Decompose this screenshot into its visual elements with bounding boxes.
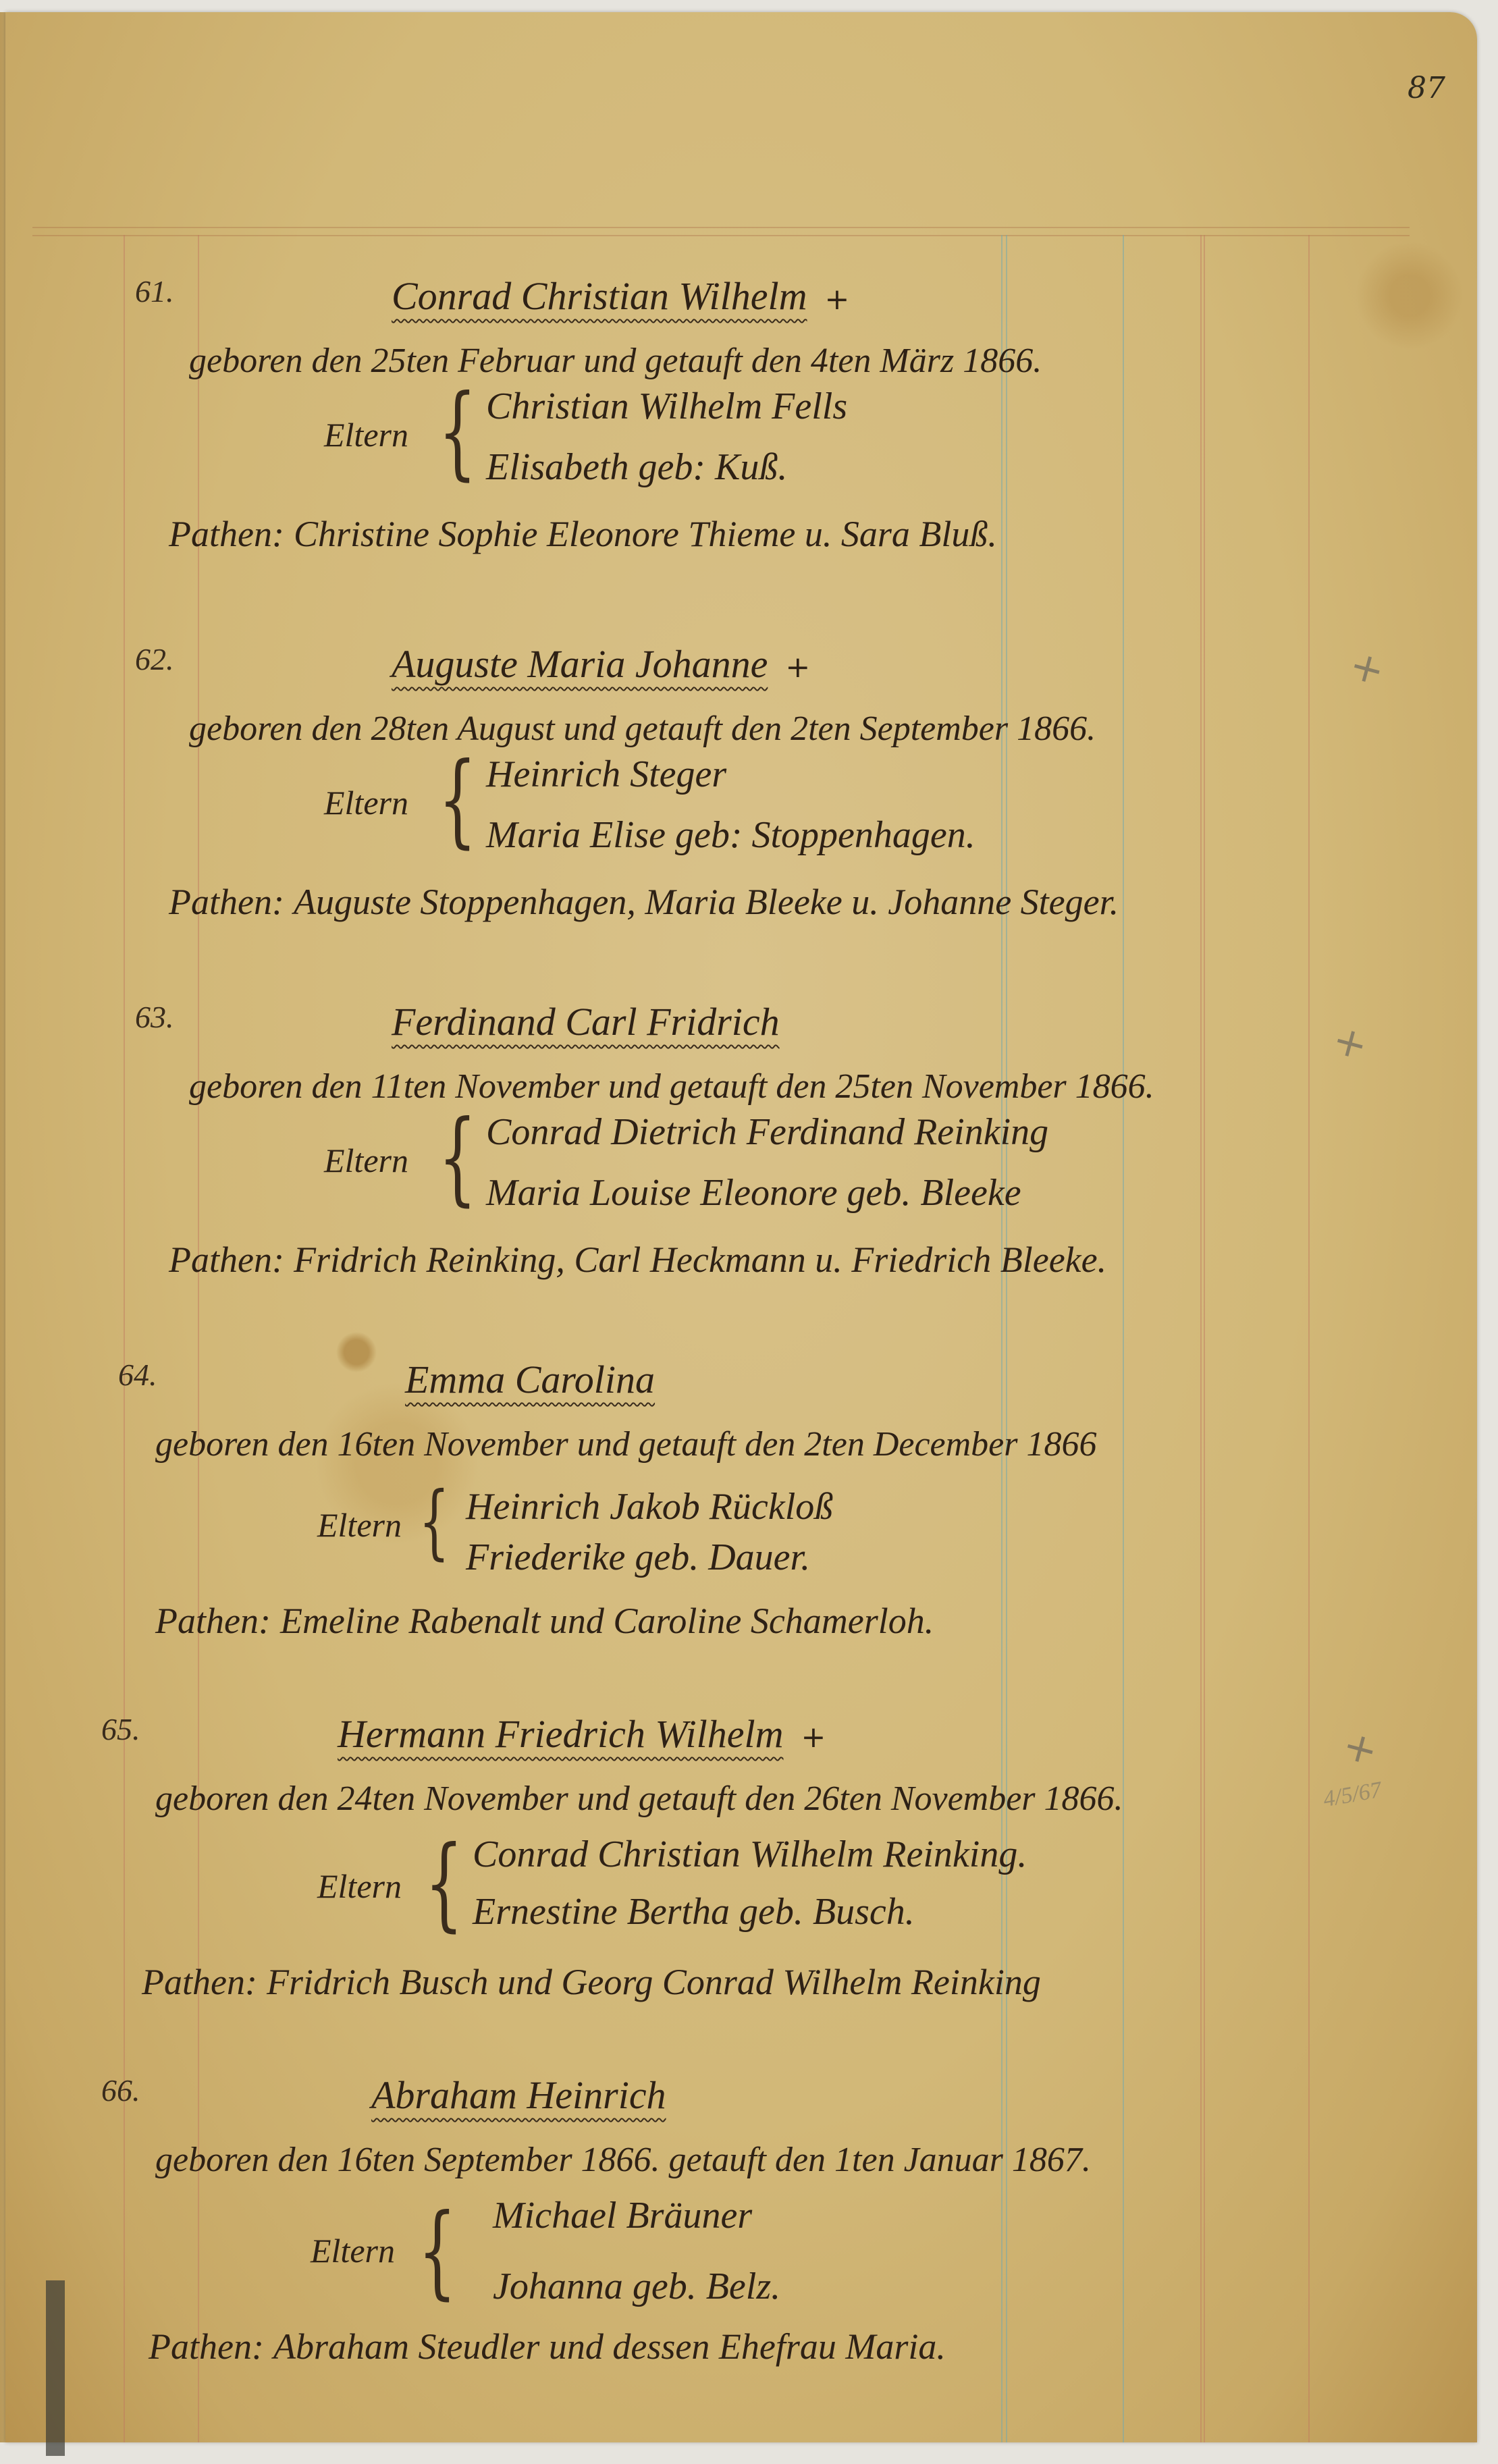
- entry-number: 66.: [101, 2072, 140, 2108]
- sponsors-line: Pathen:Abraham Steudler und dessen Ehefr…: [149, 2326, 946, 2367]
- parents-label: Eltern: [324, 415, 408, 454]
- header-rule: [32, 227, 1410, 228]
- sponsors-label: Pathen:: [149, 2326, 264, 2367]
- margin-rule: [124, 235, 125, 2442]
- entry-number: 63.: [135, 999, 174, 1035]
- mother-name: Ernestine Bertha geb. Busch.: [473, 1890, 915, 1933]
- father-name: Christian Wilhelm Fells: [486, 385, 847, 428]
- birth-baptism-line: geboren den 25ten Februar und getauft de…: [189, 341, 1042, 381]
- sponsors-label: Pathen:: [155, 1601, 271, 1641]
- cross-icon: +: [785, 650, 810, 685]
- father-name: Conrad Dietrich Ferdinand Reinking: [486, 1110, 1048, 1154]
- cross-icon: +: [801, 1720, 826, 1755]
- father-name: Heinrich Jakob Rückloß: [466, 1485, 833, 1528]
- entry-number: 61.: [135, 273, 174, 309]
- sponsors-names: Auguste Stoppenhagen, Maria Bleeke u. Jo…: [294, 882, 1119, 922]
- binding-tape: [46, 2280, 65, 2456]
- birth-baptism-line: geboren den 16ten September 1866. getauf…: [155, 2140, 1091, 2180]
- parents-label: Eltern: [317, 1505, 402, 1545]
- brace-icon: {: [418, 2201, 456, 2302]
- sponsors-names: Abraham Steudler und dessen Ehefrau Mari…: [273, 2326, 946, 2367]
- birth-baptism-line: geboren den 16ten November und getauft d…: [155, 1424, 1096, 1464]
- sponsors-line: Pathen:Emeline Rabenalt und Caroline Sch…: [155, 1600, 934, 1642]
- sponsors-names: Emeline Rabenalt und Caroline Schamerloh…: [280, 1601, 934, 1641]
- column-rule: [1204, 235, 1205, 2442]
- sponsors-label: Pathen:: [169, 514, 284, 554]
- parents-label: Eltern: [324, 783, 408, 822]
- parents-label: Eltern: [324, 1141, 408, 1180]
- header-rule: [32, 235, 1410, 236]
- column-rule: [1123, 235, 1124, 2442]
- column-rule: [1308, 235, 1310, 2442]
- sponsors-line: Pathen:Auguste Stoppenhagen, Maria Bleek…: [169, 881, 1119, 923]
- child-name: Abraham Heinrich: [371, 2072, 684, 2118]
- sponsors-line: Pathen:Fridrich Busch und Georg Conrad W…: [142, 1961, 1041, 2003]
- father-name: Michael Bräuner: [493, 2194, 752, 2237]
- birth-baptism-line: geboren den 24ten November und getauft d…: [155, 1779, 1123, 1819]
- column-rule: [1006, 235, 1007, 2442]
- parents-label: Eltern: [317, 1867, 402, 1906]
- mother-name: Elisabeth geb: Kuß.: [486, 446, 787, 489]
- brace-icon: {: [438, 749, 477, 851]
- entry-number: 65.: [101, 1711, 140, 1747]
- margin-rule: [198, 235, 199, 2442]
- birth-baptism-line: geboren den 28ten August und getauft den…: [189, 709, 1096, 749]
- father-name: Conrad Christian Wilhelm Reinking.: [473, 1833, 1027, 1876]
- child-name-text: Hermann Friedrich Wilhelm: [338, 1712, 783, 1756]
- cross-icon: +: [825, 282, 850, 317]
- sponsors-line: Pathen:Fridrich Reinking, Carl Heckmann …: [169, 1239, 1106, 1281]
- child-name-text: Conrad Christian Wilhelm: [392, 274, 807, 318]
- child-name-text: Abraham Heinrich: [371, 2073, 666, 2117]
- brace-icon: {: [425, 1833, 463, 1934]
- column-rule: [1200, 235, 1202, 2442]
- mother-name: Maria Elise geb: Stoppenhagen.: [486, 813, 975, 857]
- sponsors-line: Pathen:Christine Sophie Eleonore Thieme …: [169, 513, 997, 555]
- page-number: 87: [1408, 71, 1445, 105]
- sponsors-label: Pathen:: [169, 882, 284, 922]
- father-name: Heinrich Steger: [486, 753, 726, 796]
- entry-number: 64.: [118, 1357, 157, 1393]
- child-name: Auguste Maria Johanne+: [392, 641, 810, 687]
- sponsors-names: Fridrich Busch und Georg Conrad Wilhelm …: [267, 1962, 1041, 2002]
- child-name-text: Auguste Maria Johanne: [392, 642, 768, 686]
- sponsors-names: Fridrich Reinking, Carl Heckmann u. Frie…: [294, 1239, 1106, 1280]
- brace-icon: {: [419, 1482, 450, 1563]
- column-rule: [1001, 235, 1002, 2442]
- mother-name: Johanna geb. Belz.: [493, 2265, 780, 2308]
- parents-label: Eltern: [311, 2231, 395, 2270]
- child-name: Ferdinand Carl Fridrich: [392, 999, 797, 1044]
- child-name: Emma Carolina: [405, 1357, 672, 1402]
- sponsors-label: Pathen:: [142, 1962, 257, 2002]
- mother-name: Maria Louise Eleonore geb. Bleeke: [486, 1171, 1021, 1214]
- child-name: Conrad Christian Wilhelm+: [392, 273, 849, 319]
- entry-number: 62.: [135, 641, 174, 677]
- brace-icon: {: [438, 381, 477, 483]
- birth-baptism-line: geboren den 11ten November und getauft d…: [189, 1067, 1154, 1106]
- sponsors-names: Christine Sophie Eleonore Thieme u. Sara…: [294, 514, 997, 554]
- child-name-text: Emma Carolina: [405, 1358, 655, 1401]
- mother-name: Friederike geb. Dauer.: [466, 1536, 810, 1579]
- sponsors-label: Pathen:: [169, 1239, 284, 1280]
- child-name-text: Ferdinand Carl Fridrich: [392, 1000, 780, 1044]
- brace-icon: {: [438, 1107, 477, 1208]
- child-name: Hermann Friedrich Wilhelm+: [338, 1711, 826, 1757]
